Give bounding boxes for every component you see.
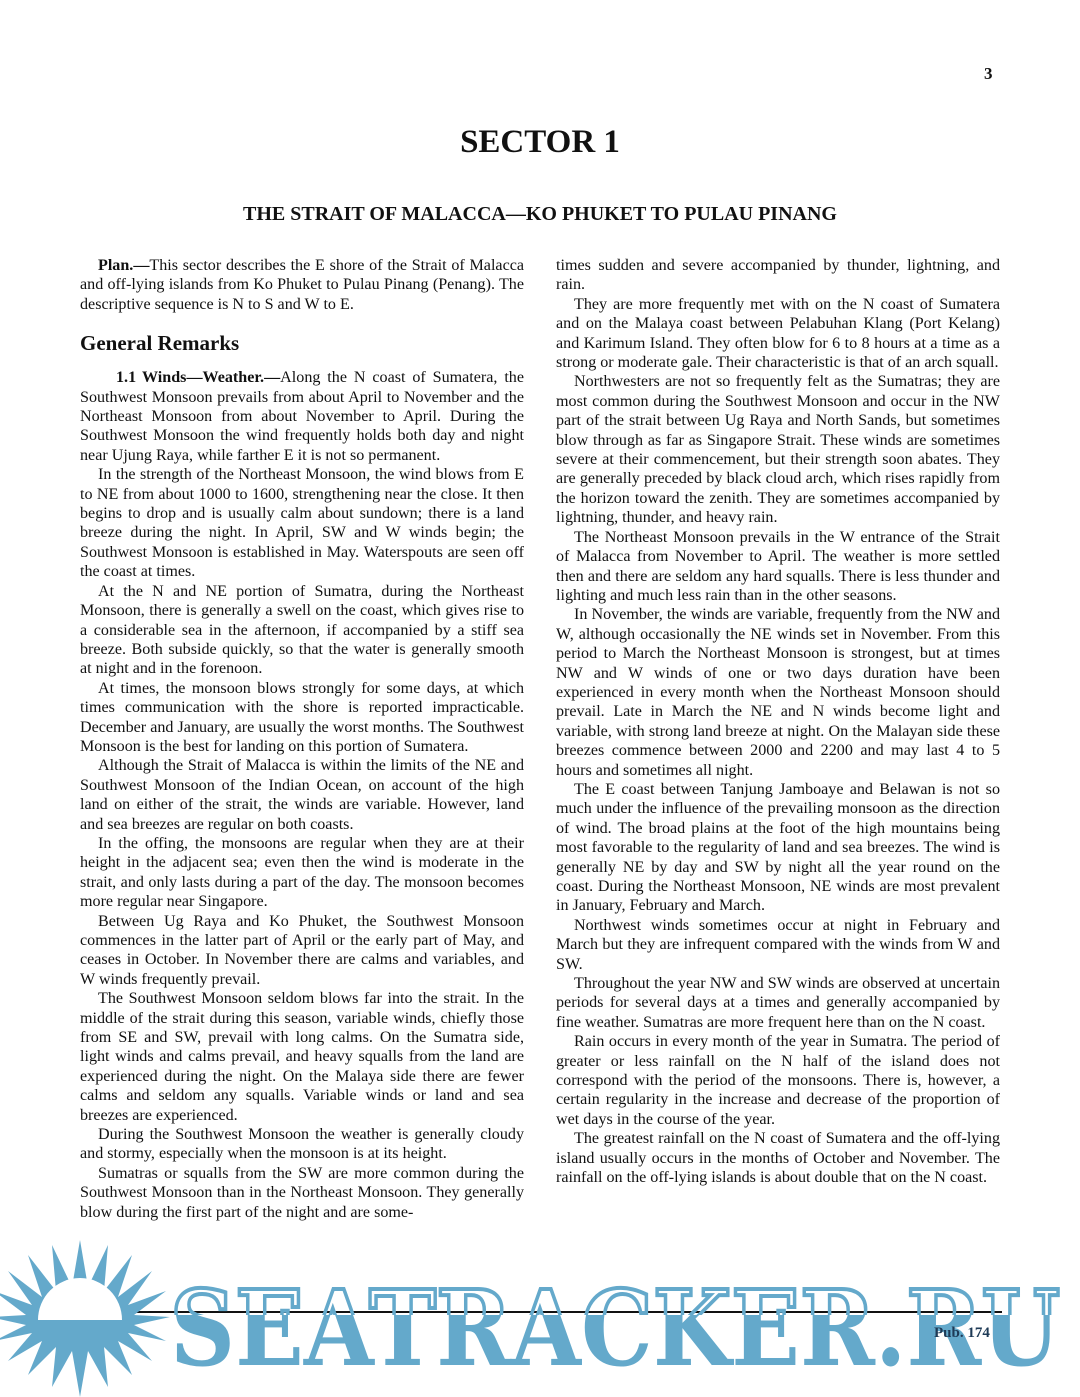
paragraph: Sumatras or squalls from the SW are more… xyxy=(80,1164,524,1222)
svg-text:SEATRACKER.RU: SEATRACKER.RU xyxy=(170,1267,1060,1390)
watermark-text: SEATRACKER.RU SEATRACKER.RU xyxy=(170,1267,1060,1390)
paragraph: In the offing, the monsoons are regular … xyxy=(80,834,524,912)
sun-logo-icon xyxy=(0,1240,170,1397)
footer-rule xyxy=(80,1311,1002,1313)
plan-paragraph: Plan.—This sector describes the E shore … xyxy=(80,256,524,314)
paragraph: Rain occurs in every month of the year i… xyxy=(556,1032,1000,1129)
paragraph: They are more frequently met with on the… xyxy=(556,295,1000,373)
paragraph-run-in-title: Winds—Weather.— xyxy=(142,369,280,386)
paragraph: During the Southwest Monsoon the weather… xyxy=(80,1125,524,1164)
paragraph-continuation: times sudden and severe accompanied by t… xyxy=(556,256,1000,295)
paragraph-1-1: 1.1Winds—Weather.—Along the N coast of S… xyxy=(80,368,524,465)
paragraph: The E coast between Tanjung Jamboaye and… xyxy=(556,780,1000,916)
footer-publication: Pub. 174 xyxy=(934,1325,990,1342)
paragraph: Northwesters are not so frequently felt … xyxy=(556,372,1000,527)
paragraph: Throughout the year NW and SW winds are … xyxy=(556,974,1000,1032)
paragraph: At the N and NE portion of Sumatra, duri… xyxy=(80,582,524,679)
plan-label: Plan.— xyxy=(98,257,149,274)
paragraph: The Northeast Monsoon prevails in the W … xyxy=(556,528,1000,606)
sector-subtitle: THE STRAIT OF MALACCA—KO PHUKET TO PULAU… xyxy=(0,203,1080,226)
paragraph: In the strength of the Northeast Monsoon… xyxy=(80,465,524,581)
right-column: times sudden and severe accompanied by t… xyxy=(556,256,1000,1188)
paragraph: The Southwest Monsoon seldom blows far i… xyxy=(80,989,524,1125)
sector-title: SECTOR 1 xyxy=(0,124,1080,161)
left-column: Plan.—This sector describes the E shore … xyxy=(80,256,524,1222)
paragraph: Between Ug Raya and Ko Phuket, the South… xyxy=(80,912,524,990)
paragraph: At times, the monsoon blows strongly for… xyxy=(80,679,524,757)
paragraph-number: 1.1 xyxy=(98,368,142,387)
paragraph: Northwest winds sometimes occur at night… xyxy=(556,916,1000,974)
page-number: 3 xyxy=(984,64,993,84)
paragraph: The greatest rainfall on the N coast of … xyxy=(556,1129,1000,1187)
paragraph: Although the Strait of Malacca is within… xyxy=(80,756,524,834)
paragraph: In November, the winds are variable, fre… xyxy=(556,605,1000,780)
svg-text:SEATRACKER.RU: SEATRACKER.RU xyxy=(170,1267,1060,1390)
section-heading-general-remarks: General Remarks xyxy=(80,331,524,355)
